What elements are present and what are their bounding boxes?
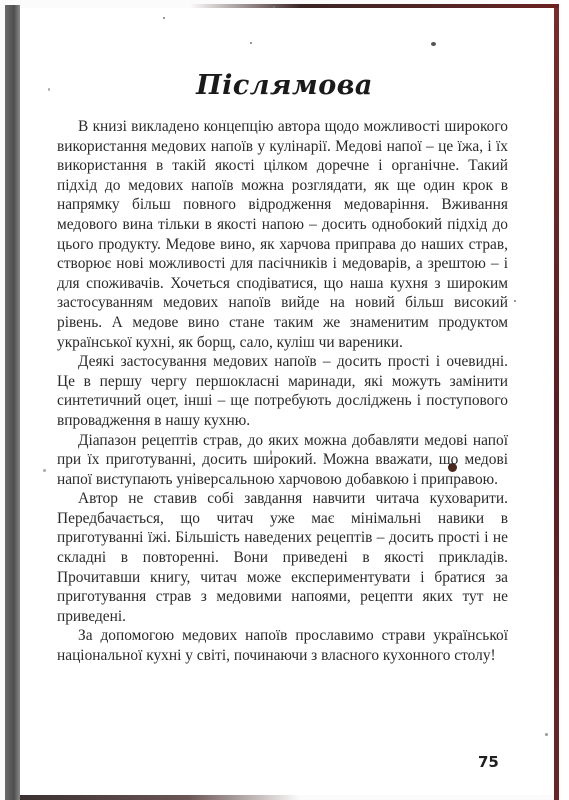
- paragraph: Деякі застосування медових напоїв – доси…: [57, 352, 508, 430]
- dust-speck: [43, 469, 46, 472]
- scan-left-binding-shadow: [5, 5, 20, 800]
- dust-speck: [250, 42, 252, 44]
- paragraph: Діапазон рецептів страв, до яких можна д…: [57, 431, 508, 490]
- dust-speck: [545, 733, 548, 736]
- dust-speck: [273, 6, 275, 8]
- scan-right-margin: [559, 0, 569, 800]
- paragraph: В книзі викладено концепцію автора щодо …: [57, 117, 508, 352]
- page-title: Післямова: [0, 70, 569, 101]
- dust-speck: [514, 300, 516, 302]
- paragraph: За допомогою медових напоїв прославимо с…: [57, 626, 508, 665]
- paragraph: Автор не ставив собі завдання навчити чи…: [57, 489, 508, 626]
- scan-bottom-cover-edge: [20, 795, 300, 800]
- page-number: 75: [478, 753, 499, 771]
- scan-top-cover-edge: [190, 4, 560, 8]
- page-body: В книзі викладено концепцію автора щодо …: [57, 117, 508, 666]
- dust-speck: [163, 17, 165, 19]
- dust-speck: [431, 42, 436, 46]
